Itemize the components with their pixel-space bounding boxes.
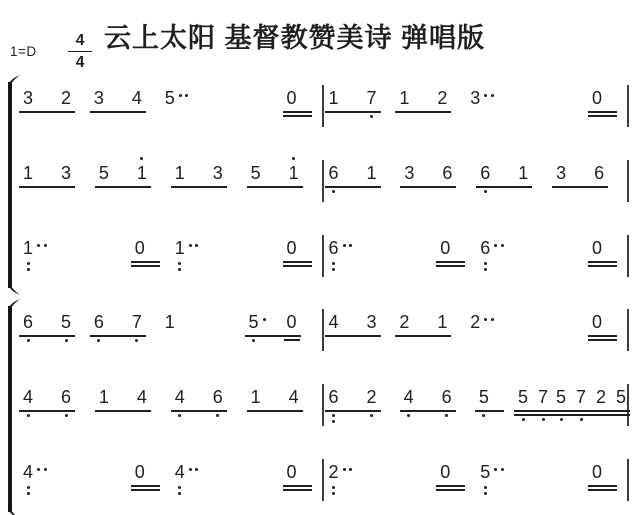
note-digit: 6 bbox=[479, 238, 491, 258]
note: 6 bbox=[60, 387, 72, 407]
note: 3 bbox=[469, 88, 481, 108]
beat-cell: 32 bbox=[18, 88, 89, 134]
note-digit: 3 bbox=[366, 312, 378, 332]
beat-cell: 1 bbox=[18, 238, 84, 284]
note-digit: 7 bbox=[366, 88, 378, 108]
note-digit: 3 bbox=[469, 88, 481, 108]
beam bbox=[171, 186, 227, 188]
note: 4 bbox=[174, 387, 186, 407]
note-group: 14 bbox=[98, 387, 148, 407]
note-digit: 5 bbox=[555, 387, 567, 407]
note-digit: 2 bbox=[436, 88, 448, 108]
rest: 0 bbox=[286, 88, 298, 108]
note-digit: 2 bbox=[398, 312, 410, 332]
beat-cell: 65 bbox=[18, 312, 89, 358]
octave-dot bbox=[252, 339, 255, 342]
note-group: 0 bbox=[439, 238, 451, 258]
note-digit: 4 bbox=[131, 88, 143, 108]
note: 5 bbox=[555, 387, 567, 407]
octave-dots-below bbox=[60, 339, 72, 342]
beat-cell: 5 bbox=[160, 88, 231, 134]
note-digit: 6 bbox=[441, 387, 453, 407]
measure: 323450 bbox=[18, 88, 322, 134]
beam bbox=[19, 410, 75, 412]
note: 4 bbox=[22, 387, 34, 407]
beam bbox=[588, 265, 617, 267]
note: 2 bbox=[60, 88, 72, 108]
bracket-stem bbox=[8, 306, 12, 512]
augmentation-dots bbox=[494, 468, 504, 471]
augmentation-dots bbox=[494, 244, 504, 247]
beat-cell: 12 bbox=[394, 88, 465, 134]
system-2: 6567150432120461446146246557572540402050 bbox=[4, 312, 629, 508]
augmentation-dots bbox=[263, 318, 266, 321]
beam bbox=[283, 485, 312, 487]
octave-dot bbox=[484, 486, 487, 489]
beam bbox=[400, 186, 456, 188]
note-group: 5 bbox=[478, 387, 490, 407]
note-group: 2 bbox=[328, 462, 340, 482]
score-line: 6567150432120 bbox=[18, 312, 629, 358]
note-digit: 0 bbox=[591, 88, 603, 108]
note-group: 21 bbox=[398, 312, 448, 332]
note-digit: 5 bbox=[98, 163, 110, 183]
octave-dot bbox=[216, 414, 219, 417]
augmentation-dot bbox=[44, 244, 47, 247]
note-digit: 1 bbox=[136, 163, 148, 183]
note-digit: 4 bbox=[22, 387, 34, 407]
note-digit: 1 bbox=[517, 163, 529, 183]
beat-cell: 0 bbox=[541, 238, 627, 284]
note-digit: 1 bbox=[436, 312, 448, 332]
note: 6 bbox=[22, 312, 34, 332]
octave-dots-below bbox=[248, 339, 260, 342]
augmentation-dot bbox=[195, 244, 198, 247]
beam bbox=[400, 410, 456, 412]
beat-cell: 4 bbox=[170, 462, 236, 508]
note: 1 bbox=[436, 312, 448, 332]
rest: 0 bbox=[591, 88, 603, 108]
note-digit: 0 bbox=[286, 312, 298, 332]
beam bbox=[19, 335, 75, 337]
note-digit: 1 bbox=[250, 387, 262, 407]
octave-dot bbox=[97, 339, 100, 342]
note-digit: 1 bbox=[328, 88, 340, 108]
note-digit: 0 bbox=[286, 88, 298, 108]
beat-cell: 36 bbox=[551, 163, 627, 209]
beam bbox=[514, 410, 552, 412]
note-digit: 5 bbox=[478, 387, 490, 407]
note: 1 bbox=[136, 163, 148, 183]
octave-dot bbox=[332, 414, 335, 417]
augmentation-dot bbox=[494, 468, 497, 471]
note-group: 46 bbox=[22, 387, 72, 407]
measure: 2050 bbox=[324, 462, 628, 508]
note-group: 6 bbox=[479, 238, 491, 258]
note: 1 bbox=[22, 163, 34, 183]
augmentation-dot bbox=[185, 94, 188, 97]
beam bbox=[476, 186, 532, 188]
note-digit: 2 bbox=[328, 462, 340, 482]
note: 1 bbox=[288, 163, 300, 183]
note-group: 43 bbox=[328, 312, 378, 332]
octave-dots-below bbox=[93, 339, 105, 342]
augmentation-dot bbox=[349, 244, 352, 247]
beam bbox=[171, 410, 227, 412]
octave-dot bbox=[178, 262, 181, 265]
note: 2 bbox=[328, 462, 340, 482]
note-group: 67 bbox=[93, 312, 143, 332]
beam bbox=[131, 489, 160, 491]
note: 1 bbox=[366, 163, 378, 183]
note-group: 36 bbox=[555, 163, 605, 183]
octave-dots-below bbox=[366, 414, 378, 417]
octave-dot bbox=[292, 157, 295, 160]
note: 4 bbox=[131, 88, 143, 108]
beat-cell: 46 bbox=[399, 387, 474, 433]
measure: 62465575725 bbox=[324, 387, 628, 433]
beat-cell: 5725 bbox=[551, 387, 627, 433]
note: 5 bbox=[164, 88, 176, 108]
note-digit: 0 bbox=[134, 238, 146, 258]
note-digit: 2 bbox=[595, 387, 607, 407]
augmentation-dot bbox=[195, 468, 198, 471]
beam bbox=[514, 414, 552, 416]
bracket-top-hook-icon bbox=[7, 299, 21, 309]
note-digit: 1 bbox=[288, 163, 300, 183]
note: 2 bbox=[366, 387, 378, 407]
note-group: 0 bbox=[286, 462, 298, 482]
beat-cell: 46 bbox=[170, 387, 246, 433]
note: 5 bbox=[248, 312, 260, 332]
beam bbox=[90, 111, 146, 113]
rest: 0 bbox=[591, 462, 603, 482]
octave-dots-below bbox=[22, 414, 34, 417]
augmentation-dot bbox=[484, 318, 487, 321]
beam bbox=[247, 186, 303, 188]
octave-dots-below bbox=[366, 115, 378, 118]
beam bbox=[475, 410, 504, 412]
note: 1 bbox=[164, 312, 176, 332]
augmentation-dots bbox=[343, 244, 353, 247]
octave-dots-below bbox=[555, 418, 567, 421]
beam bbox=[436, 265, 465, 267]
octave-dots-above bbox=[136, 157, 148, 160]
beat-cell: 1 bbox=[160, 312, 231, 358]
note-group: 0 bbox=[134, 462, 146, 482]
augmentation-dots bbox=[484, 94, 494, 97]
augmentation-dot bbox=[501, 468, 504, 471]
beat-cell: 14 bbox=[94, 387, 170, 433]
augmentation-dot bbox=[179, 94, 182, 97]
octave-dot bbox=[484, 190, 487, 193]
beam bbox=[588, 115, 617, 117]
measure: 1010 bbox=[18, 238, 322, 284]
note-digit: 5 bbox=[60, 312, 72, 332]
beam bbox=[552, 414, 630, 416]
note-digit: 6 bbox=[212, 387, 224, 407]
note-group: 5 bbox=[479, 462, 491, 482]
beam bbox=[436, 485, 465, 487]
bracket-top-hook-icon bbox=[7, 75, 21, 85]
beam bbox=[19, 111, 75, 113]
note: 3 bbox=[60, 163, 72, 183]
octave-dot bbox=[370, 115, 373, 118]
beat-cell: 34 bbox=[89, 88, 160, 134]
octave-dot bbox=[27, 492, 30, 495]
note-digit: 0 bbox=[591, 462, 603, 482]
beat-cell: 0 bbox=[84, 238, 170, 284]
key-signature: 1=D bbox=[10, 44, 37, 59]
note: 6 bbox=[328, 163, 340, 183]
note-digit: 4 bbox=[174, 462, 186, 482]
augmentation-dot bbox=[343, 244, 346, 247]
note-group: 51 bbox=[98, 163, 148, 183]
octave-dot bbox=[65, 339, 68, 342]
note-digit: 3 bbox=[555, 163, 567, 183]
barline bbox=[627, 160, 629, 202]
beat-cell: 0 bbox=[236, 238, 322, 284]
note-digit: 6 bbox=[60, 387, 72, 407]
note-group: 0 bbox=[439, 462, 451, 482]
beat-cell: 5 bbox=[475, 462, 541, 508]
rest: 0 bbox=[591, 312, 603, 332]
augmentation-dot bbox=[37, 468, 40, 471]
augmentation-dot bbox=[343, 468, 346, 471]
beat-cell: 6 bbox=[324, 238, 390, 284]
note: 6 bbox=[328, 238, 340, 258]
score-line: 4614461462465575725 bbox=[18, 387, 629, 433]
note-digit: 2 bbox=[469, 312, 481, 332]
beat-cell: 43 bbox=[324, 312, 395, 358]
note-digit: 6 bbox=[441, 163, 453, 183]
beat-cell: 61 bbox=[475, 163, 551, 209]
beam bbox=[283, 115, 312, 117]
rest: 0 bbox=[134, 238, 146, 258]
score-line: 323450171230 bbox=[18, 88, 629, 134]
measure: 171230 bbox=[324, 88, 628, 134]
rest: 0 bbox=[439, 238, 451, 258]
note-group: 51 bbox=[250, 163, 300, 183]
note-group: 36 bbox=[403, 163, 453, 183]
octave-dot bbox=[332, 492, 335, 495]
score-line: 40402050 bbox=[18, 462, 629, 508]
octave-dot bbox=[27, 414, 30, 417]
note-group: 0 bbox=[591, 312, 603, 332]
note: 1 bbox=[328, 88, 340, 108]
note-group: 13 bbox=[22, 163, 72, 183]
beat-cell: 62 bbox=[324, 387, 399, 433]
extra-beam bbox=[284, 339, 300, 341]
note: 1 bbox=[174, 163, 186, 183]
note-digit: 0 bbox=[591, 238, 603, 258]
note: 6 bbox=[441, 163, 453, 183]
note: 6 bbox=[593, 163, 605, 183]
octave-dots-above bbox=[288, 157, 300, 160]
note-group: 4 bbox=[174, 462, 186, 482]
beat-cell: 0 bbox=[84, 462, 170, 508]
octave-dots-below bbox=[212, 414, 224, 417]
note: 6 bbox=[93, 312, 105, 332]
note-group: 13 bbox=[174, 163, 224, 183]
note-digit: 1 bbox=[366, 163, 378, 183]
note-group: 5 bbox=[164, 88, 176, 108]
note-digit: 4 bbox=[328, 312, 340, 332]
octave-dot bbox=[482, 414, 485, 417]
augmentation-dots bbox=[343, 468, 353, 471]
bracket-bottom-hook-icon bbox=[7, 509, 21, 515]
octave-dots-below bbox=[131, 339, 143, 342]
octave-dots-below bbox=[479, 190, 491, 193]
octave-dots-below bbox=[60, 414, 72, 417]
sheet-music-page: 1=D 4 4 云上太阳 基督教赞美诗 弹唱版 3234501712301351… bbox=[0, 0, 642, 515]
beam bbox=[245, 335, 301, 337]
octave-dots-below bbox=[479, 262, 491, 271]
augmentation-dot bbox=[263, 318, 266, 321]
note-digit: 0 bbox=[439, 462, 451, 482]
note: 1 bbox=[22, 238, 34, 258]
octave-dots-below bbox=[328, 190, 340, 193]
note-digit: 7 bbox=[537, 387, 549, 407]
note-digit: 1 bbox=[174, 163, 186, 183]
note-digit: 7 bbox=[131, 312, 143, 332]
beam bbox=[283, 265, 312, 267]
beam bbox=[588, 485, 617, 487]
beat-cell: 21 bbox=[394, 312, 465, 358]
beat-cell: 46 bbox=[18, 387, 94, 433]
note-digit: 5 bbox=[479, 462, 491, 482]
octave-dots-below bbox=[174, 486, 186, 495]
octave-dots-below bbox=[328, 262, 340, 271]
octave-dot bbox=[178, 268, 181, 271]
octave-dot bbox=[27, 486, 30, 489]
rest: 0 bbox=[286, 238, 298, 258]
note: 2 bbox=[398, 312, 410, 332]
octave-dot bbox=[65, 414, 68, 417]
note: 7 bbox=[131, 312, 143, 332]
beat-cell: 13 bbox=[18, 163, 94, 209]
note-digit: 6 bbox=[593, 163, 605, 183]
octave-dots-below bbox=[174, 414, 186, 417]
beat-cell: 557 bbox=[474, 387, 551, 433]
augmentation-dots bbox=[37, 244, 47, 247]
note-digit: 1 bbox=[174, 238, 186, 258]
note-group: 2 bbox=[469, 312, 481, 332]
beat-cell: 2 bbox=[324, 462, 390, 508]
note: 5 bbox=[478, 387, 490, 407]
octave-dot bbox=[560, 418, 563, 421]
beam bbox=[325, 335, 381, 337]
note-digit: 6 bbox=[93, 312, 105, 332]
note: 3 bbox=[22, 88, 34, 108]
octave-dots-below bbox=[537, 418, 549, 421]
octave-dot bbox=[522, 418, 525, 421]
octave-dot bbox=[178, 492, 181, 495]
beat-cell: 0 bbox=[389, 462, 475, 508]
note: 3 bbox=[366, 312, 378, 332]
measure: 4040 bbox=[18, 462, 322, 508]
note-group: 0 bbox=[134, 238, 146, 258]
measure: 13511351 bbox=[18, 163, 322, 209]
octave-dots-below bbox=[328, 486, 340, 495]
augmentation-dots bbox=[179, 94, 189, 97]
beam bbox=[247, 410, 303, 412]
note-digit: 1 bbox=[98, 387, 110, 407]
note: 6 bbox=[212, 387, 224, 407]
octave-dot bbox=[332, 268, 335, 271]
note-group: 46 bbox=[174, 387, 224, 407]
augmentation-dots bbox=[189, 468, 199, 471]
beam bbox=[588, 261, 617, 263]
beat-cell: 1 bbox=[170, 238, 236, 284]
note-digit: 2 bbox=[366, 387, 378, 407]
note: 4 bbox=[136, 387, 148, 407]
note: 5 bbox=[479, 462, 491, 482]
beat-cell: 0 bbox=[231, 88, 322, 134]
octave-dots-below bbox=[174, 262, 186, 271]
note: 1 bbox=[98, 387, 110, 407]
octave-dot bbox=[407, 414, 410, 417]
barline bbox=[627, 459, 629, 501]
augmentation-dot bbox=[494, 244, 497, 247]
octave-dot bbox=[484, 262, 487, 265]
note: 3 bbox=[93, 88, 105, 108]
note: 7 bbox=[366, 88, 378, 108]
rest: 0 bbox=[286, 462, 298, 482]
octave-dot bbox=[542, 418, 545, 421]
note: 6 bbox=[479, 238, 491, 258]
rest: 0 bbox=[286, 312, 298, 332]
barline bbox=[627, 85, 629, 127]
page-title: 云上太阳 基督教赞美诗 弹唱版 bbox=[104, 16, 485, 55]
beam bbox=[395, 335, 451, 337]
note-group: 34 bbox=[93, 88, 143, 108]
note-digit: 1 bbox=[22, 238, 34, 258]
note-group: 61 bbox=[479, 163, 529, 183]
note-group: 0 bbox=[591, 238, 603, 258]
octave-dots-below bbox=[403, 414, 415, 417]
note-group: 0 bbox=[591, 88, 603, 108]
octave-dot bbox=[370, 414, 373, 417]
octave-dots-below bbox=[441, 414, 453, 417]
octave-dot bbox=[484, 268, 487, 271]
note-digit: 4 bbox=[288, 387, 300, 407]
octave-dot bbox=[580, 418, 583, 421]
octave-dot bbox=[178, 486, 181, 489]
note-group: 62 bbox=[328, 387, 378, 407]
note-digit: 0 bbox=[286, 238, 298, 258]
note: 6 bbox=[441, 387, 453, 407]
score-header: 1=D 4 4 云上太阳 基督教赞美诗 弹唱版 bbox=[0, 0, 642, 78]
note-group: 0 bbox=[591, 462, 603, 482]
note: 2 bbox=[469, 312, 481, 332]
augmentation-dots bbox=[189, 244, 199, 247]
beat-cell: 13 bbox=[170, 163, 246, 209]
octave-dot bbox=[135, 339, 138, 342]
time-signature-denominator: 4 bbox=[68, 52, 92, 72]
bracket-stem bbox=[8, 82, 12, 288]
note-digit: 5 bbox=[164, 88, 176, 108]
note: 6 bbox=[479, 163, 491, 183]
note-digit: 7 bbox=[575, 387, 587, 407]
note-digit: 0 bbox=[134, 462, 146, 482]
beat-cell: 0 bbox=[236, 462, 322, 508]
measure: 6567150 bbox=[18, 312, 322, 358]
octave-dot bbox=[27, 339, 30, 342]
beat-cell: 36 bbox=[399, 163, 475, 209]
beat-cell: 51 bbox=[94, 163, 170, 209]
beam bbox=[95, 186, 151, 188]
